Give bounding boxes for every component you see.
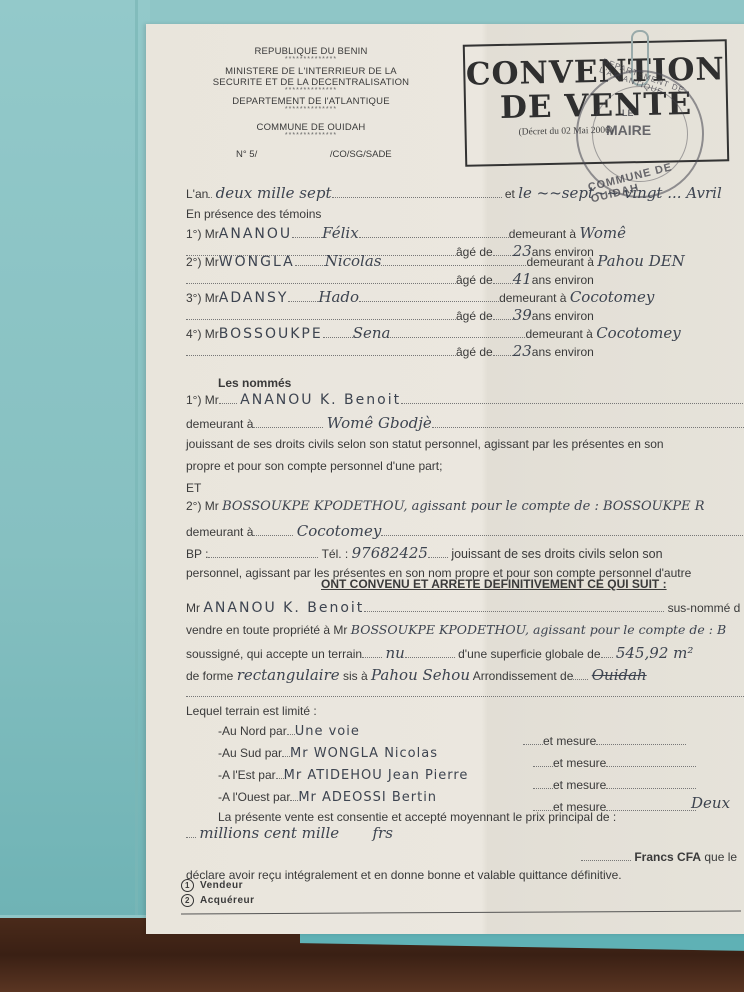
number-circle-icon: 2 [181,894,194,907]
price-amount-words: millions cent mille [199,824,339,842]
residence-label: demeurant à [499,291,566,305]
surface-label: d'une superficie globale de [458,647,600,661]
bottom-rule [181,911,741,915]
witness-first-name: Sena [353,324,391,342]
boundary-row: -A l'Ouest parMr ADEOSSI Bertinet mesure [218,790,744,805]
location-label: sis à [343,669,368,683]
agreement-heading: ONT CONVENU ET ARRETE DEFINITIVEMENT CE … [321,577,744,591]
boundary-row: -A l'Est parMr ATIDEHOU Jean Pierreet me… [218,768,744,783]
currency-label: Francs CFA [634,850,701,864]
witness-first-name: Hado [318,288,359,306]
blank-line [186,686,744,700]
witness-name: WONGLA [219,254,295,270]
witness-age-row: âgé de39ans environ [186,306,744,324]
boundary-label: -Au Sud par [218,746,282,760]
witness-residence: Cocotomey [570,288,655,306]
republic-heading: REPUBLIQUE DU BENIN ************** [196,46,426,63]
seller-prefix: Mr [186,601,200,615]
witness-prefix: 3°) Mr [186,291,219,305]
seller-residence-line: demeurant à Womê Gbodjè [186,414,744,432]
witness-first-name: Nicolas [325,252,382,270]
seller-rights-2: propre et pour son compte personnel d'un… [186,459,744,473]
number-circle-icon: 1 [181,879,194,892]
witnesses-heading: En présence des témoins [186,207,321,221]
terrain-line: soussigné, qui accepte un terrain nu d'u… [186,644,744,662]
folder-cover [0,0,150,915]
witnesses-label: En présence des témoins [186,207,744,221]
named-suffix: sus-nommé d [668,601,741,615]
boundary-row: -Au Nord parUne voieet mesure [218,724,744,739]
residence-label: demeurant à [186,417,253,431]
and-separator: ET [186,481,744,495]
witness-age-row: âgé de23ans environ [186,342,744,360]
seller-prefix: 1°) Mr [186,393,219,407]
buyer-name: BOSSOUKPE KPODETHOU, agissant pour le co… [222,499,704,514]
witness-age: 23 [513,342,532,360]
buyer-rights-1: jouissant de ses droits civils selon son [451,547,662,561]
boundary-row: -Au Sud parMr WONGLA Nicolaset mesure [218,746,744,761]
price-amount-end: frs [373,824,393,842]
shape-label: de forme [186,669,233,683]
folder-fold [135,0,138,915]
district-value: Ouidah [592,666,647,684]
boundary-label: -A l'Est par [218,768,276,782]
agreement-seller-name: ANANOU K. Benoit [203,600,364,616]
separator: ************** [196,133,426,139]
bp-label: BP : [186,547,208,561]
age-label: âgé de [456,273,493,287]
separator: ************** [196,107,426,113]
witness-prefix: 2°) Mr [186,255,219,269]
mayor-stamp: DEPARTEMENT DE L'ATLANTIQUE LE MAIRE COM… [576,70,704,198]
witness-name: ADANSY [219,290,289,306]
witness-prefix: 1°) Mr [186,227,219,241]
boundary-value: Une voie [295,724,360,739]
witness-name: BOSSOUKPE [219,326,323,342]
buyer-prefix: 2°) Mr [186,499,219,513]
boundary-value: Mr WONGLA Nicolas [290,746,438,761]
surface-value: 545,92 m² [616,644,694,662]
commune-heading: COMMUNE DE OUIDAH ************** [196,122,426,139]
sale-agreement-document: REPUBLIQUE DU BENIN ************** MINIS… [146,24,744,934]
boundary-label: -A l'Ouest par [218,790,290,804]
price-amount-start: Deux [691,794,744,812]
age-suffix: ans environ [532,273,594,287]
witness-row: 3°) MrADANSYHadodemeurant à Cocotomey [186,288,744,306]
buyer-residence: Cocotomey [297,522,382,540]
buyer-residence-line: demeurant à Cocotomey [186,522,744,540]
witness-first-name: Félix [322,224,359,242]
witness-age: 41 [513,270,532,288]
department-heading: DEPARTEMENT DE l'ATLANTIQUE ************… [196,96,426,113]
witness-residence: Cocotomey [596,324,681,342]
buyer-phone: 97682425 [352,544,428,562]
vendeur-label: Vendeur [200,880,243,891]
boundary-value: Mr ATIDEHOU Jean Pierre [284,768,469,783]
footer-acquereur: 2Acquéreur [181,894,255,907]
witness-row: 2°) MrWONGLANicolasdemeurant à Pahou DEN [186,252,744,270]
price-text-2: déclare avoir reçu intégralement et en d… [186,868,622,882]
witness-age: 39 [513,306,532,324]
residence-label: demeurant à [526,255,593,269]
buyer-name-line: 2°) Mr BOSSOUKPE KPODETHOU, agissant pou… [186,499,744,514]
reference-number: N° 5/ /CO/SG/SADE [236,149,392,160]
shape-value: rectangulaire [237,666,340,684]
day-value: le ~~sept~~ vingt ... Avril [518,184,722,202]
buyer-contact-line: BP : Tél. : 97682425 jouissant de ses dr… [186,544,744,562]
ministry-heading: MINISTERE DE L'INTERRIEUR DE LA SECURITE… [196,66,426,94]
separator: ************** [196,57,426,63]
footer-vendeur: 1Vendeur [181,879,243,892]
witness-name: ANANOU [219,226,292,242]
shape-line: de forme rectangulaire sis à Pahou Sehou… [186,666,744,684]
witness-residence: Womê [579,224,626,242]
number-label: N° 5/ [236,149,257,160]
seller-agreement-line: Mr ANANOU K. Benoit sus-nommé d [186,600,744,616]
age-label: âgé de [456,345,493,359]
witness-prefix: 4°) Mr [186,327,219,341]
residence-label: demeurant à [525,327,592,341]
boundary-label: -Au Nord par [218,724,287,738]
price-text-1: La présente vente est consentie et accep… [218,810,744,824]
location-value: Pahou Sehou [371,666,470,684]
sell-label: vendre en toute propriété à Mr [186,623,347,637]
age-label: âgé de [456,309,493,323]
witness-row: 4°) MrBOSSOUKPESenademeurant à Cocotomey [186,324,744,342]
witness-age-row: âgé de41ans environ [186,270,744,288]
age-suffix: ans environ [532,345,594,359]
accept-label: soussigné, qui accepte un terrain [186,647,362,661]
separator: ************** [196,88,426,94]
year-value: deux mille sept [216,184,332,202]
stamp-maire: MAIRE [606,122,651,138]
date-line: L'an deux mille sept et le ~~sept~~ ving… [186,184,744,202]
witness-residence: Pahou DEN [597,252,685,270]
boundary-value: Mr ADEOSSI Bertin [298,790,437,805]
sell-line: vendre en toute propriété à Mr BOSSOUKPE… [186,622,744,637]
seller-name: ANANOU K. Benoit [240,392,401,408]
reference-code: /CO/SG/SADE [330,149,392,160]
acquereur-label: Acquéreur [200,895,255,906]
price-words-line: millions cent mille frs [186,824,744,842]
agreement-buyer-name: BOSSOUKPE KPODETHOU, agissant pour le co… [351,622,726,637]
year-label: L'an [186,187,208,201]
que-le-text: que le [704,850,737,864]
and-label: et [505,187,515,201]
boundaries-heading: Lequel terrain est limité : [186,704,744,718]
seller-name-line: 1°) Mr ANANOU K. Benoit [186,392,744,408]
stamp-le: LE [622,108,634,118]
terrain-type: nu [385,644,404,662]
district-label: Arrondissement de [473,669,574,683]
tel-label: Tél. : [322,547,349,561]
seller-rights-1: jouissant de ses droits civils selon son… [186,437,744,451]
residence-label: demeurant à [186,525,253,539]
parties-heading: Les nommés [218,376,744,390]
seller-residence: Womê Gbodjè [327,414,432,432]
witness-row: 1°) MrANANOUFélixdemeurant à Womê [186,224,744,242]
age-suffix: ans environ [532,309,594,323]
residence-label: demeurant à [509,227,576,241]
ministry-line-1: MINISTERE DE L'INTERRIEUR DE LA [196,66,426,77]
